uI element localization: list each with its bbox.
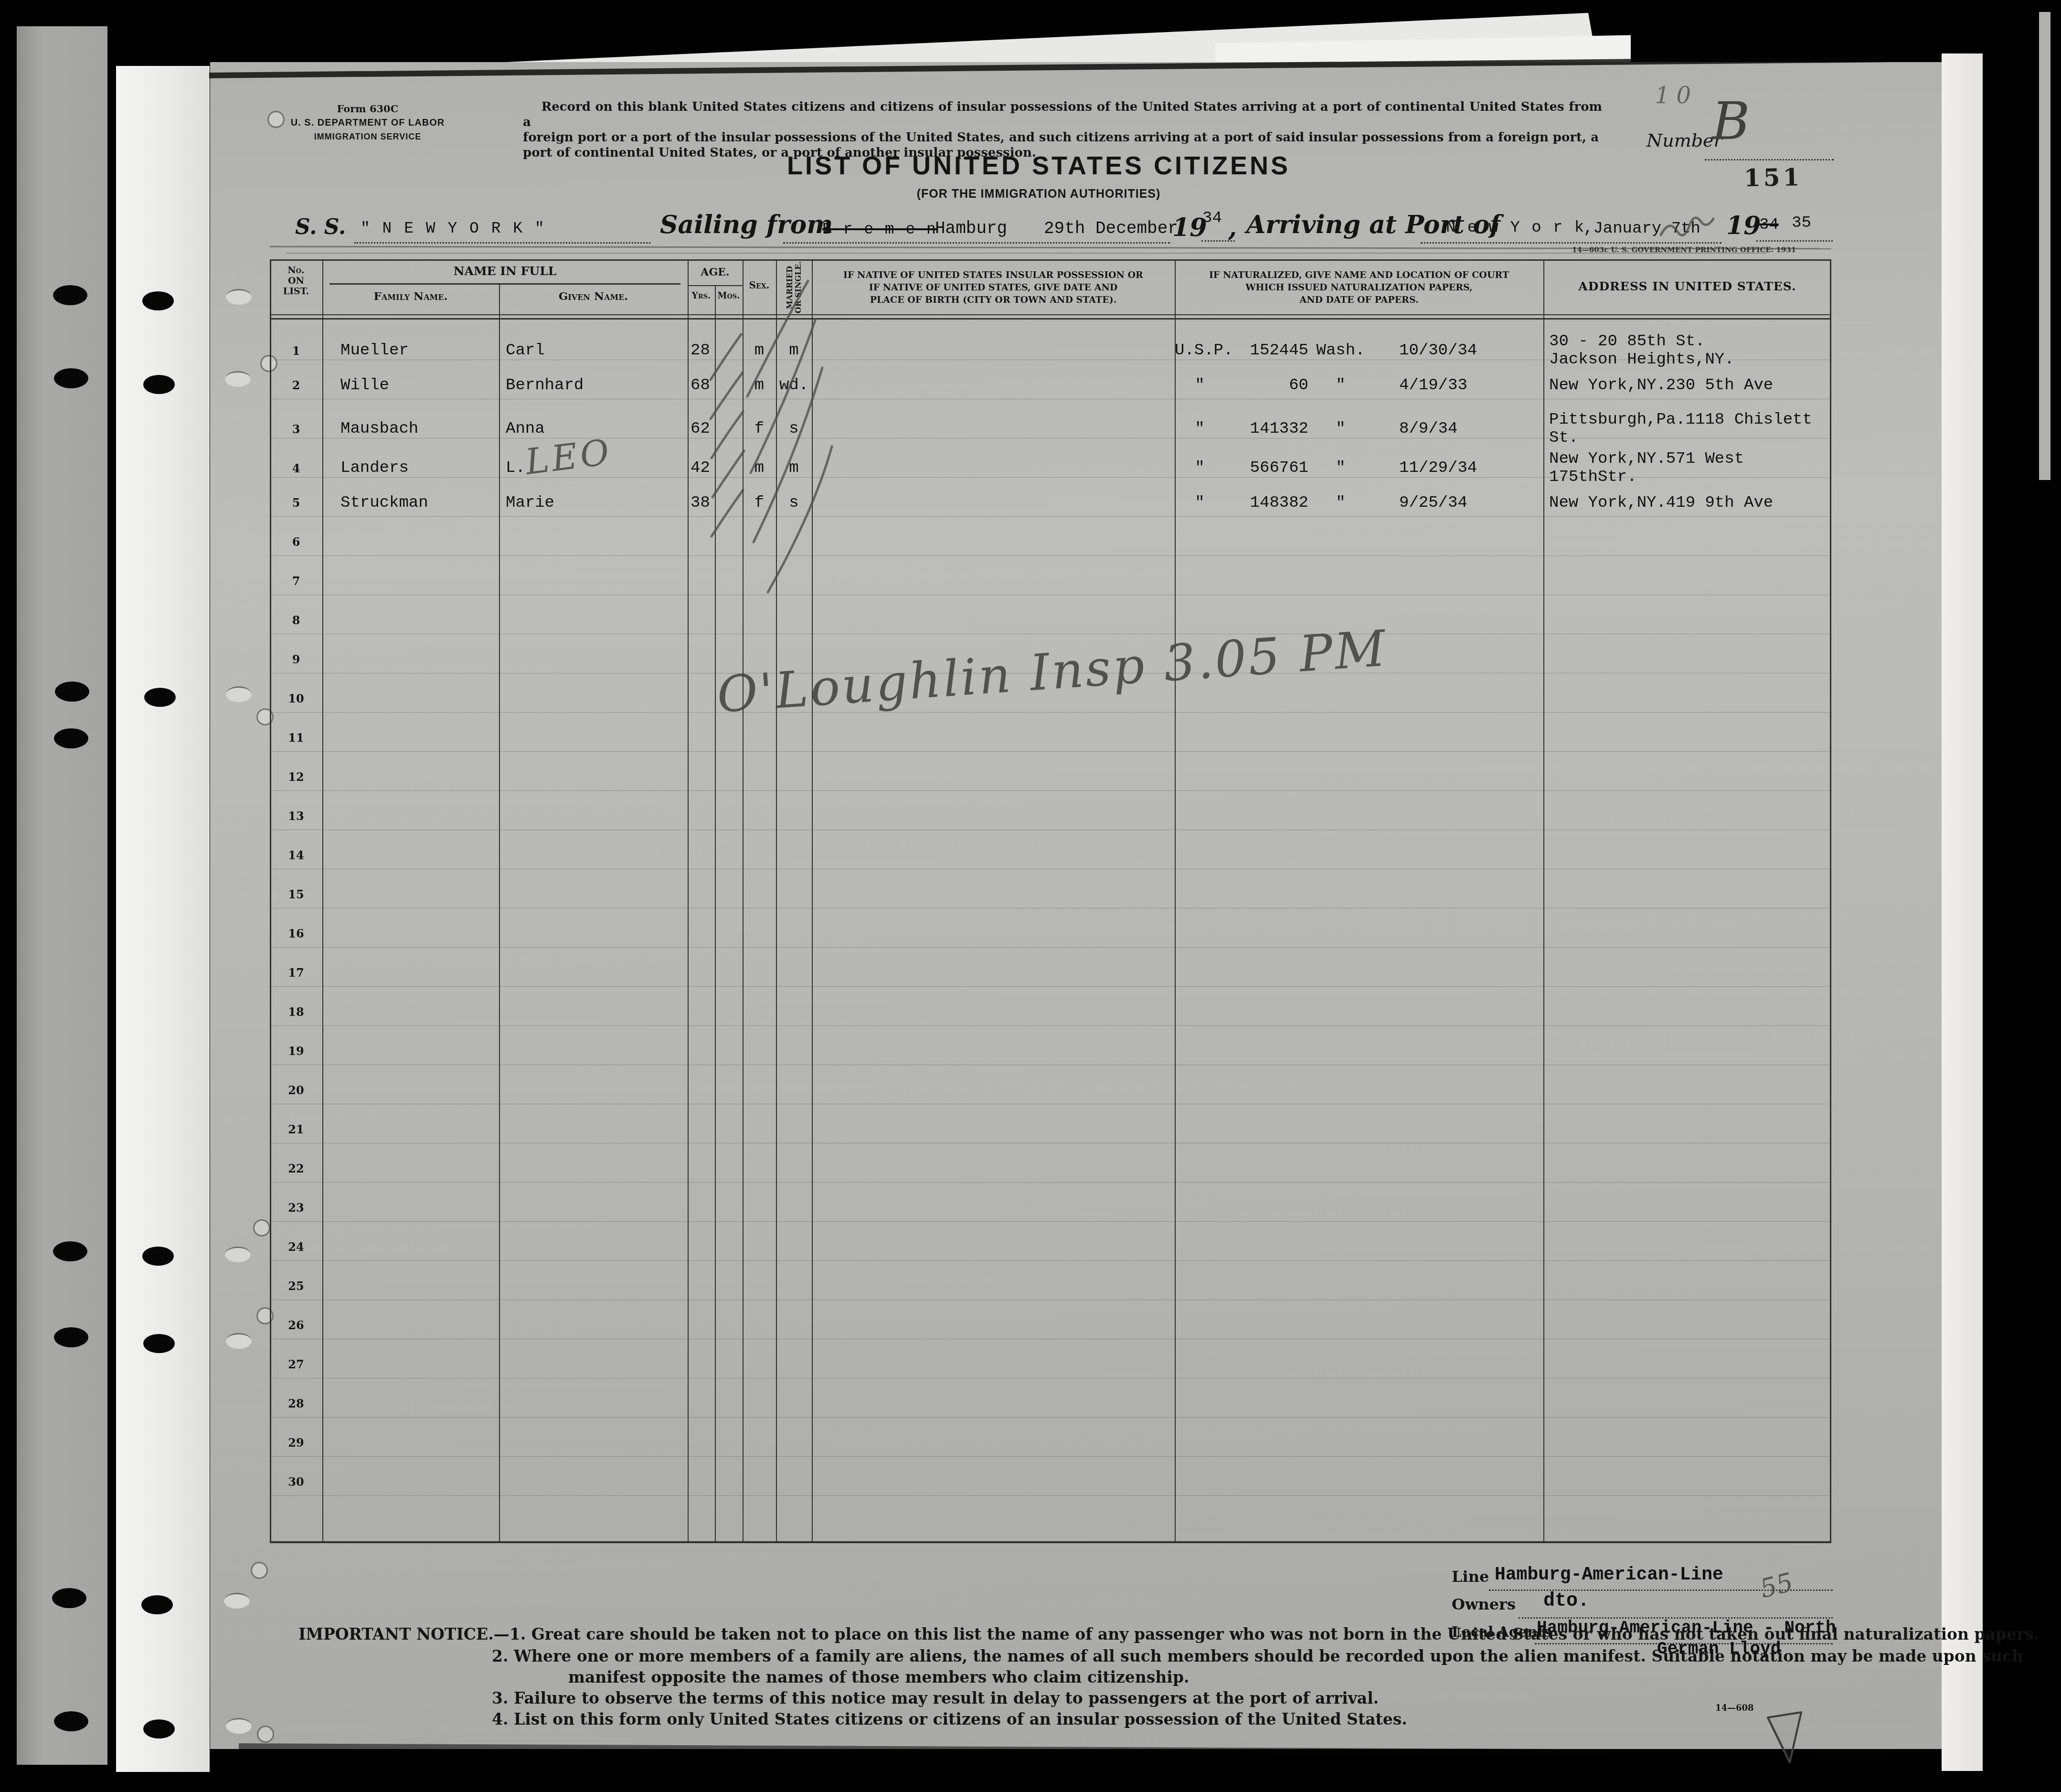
punch-hole [142, 1247, 174, 1266]
owners-value: dto. [1543, 1590, 1589, 1612]
cell-given-name [499, 1077, 688, 1104]
punch-hole [143, 375, 175, 394]
arrival-year-line [1756, 240, 1833, 242]
punch-hole [226, 1718, 252, 1734]
punch-hole [54, 368, 88, 388]
punch-hole [55, 682, 89, 702]
cell-given-name: Bernhard [499, 372, 688, 399]
cell-family-name [322, 607, 499, 634]
cell-age-years [688, 646, 715, 673]
cell-naturalization [1175, 1233, 1543, 1260]
cell-age-months [715, 528, 743, 555]
cell-sex: f [743, 489, 776, 516]
cell-birthplace [812, 411, 1175, 447]
header-name-in-full: NAME IN FULL [322, 264, 688, 278]
right-page-edge [1942, 53, 1983, 1771]
cell-married-single [776, 1351, 812, 1378]
header-married-line2: OR SINGLE. [794, 261, 803, 313]
cell-sex [743, 1233, 776, 1260]
cell-naturalization [1175, 1468, 1543, 1495]
cell-married-single [776, 920, 812, 947]
cell-birthplace [812, 1429, 1175, 1456]
cell-address [1543, 724, 1831, 751]
cell-age-months [715, 842, 743, 869]
number-label: Number [1647, 130, 1722, 151]
cell-sex [743, 920, 776, 947]
cell-age-years [688, 1351, 715, 1378]
cell-birthplace [812, 920, 1175, 947]
cell-address [1543, 763, 1831, 790]
sailing-year: 34 [1202, 209, 1222, 227]
cell-birthplace [812, 1390, 1175, 1417]
cell-family-name [322, 685, 499, 712]
naturalization-np: " [1175, 420, 1225, 438]
cell-family-name [322, 920, 499, 947]
cell-address: New York,NY.230 5th Ave [1543, 372, 1831, 399]
cell-naturalization [1175, 842, 1543, 869]
row-number: 21 [270, 1116, 322, 1143]
cell-birthplace [812, 842, 1175, 869]
punch-hole [53, 1241, 87, 1261]
header-naturalized: IF NATURALIZED, GIVE NAME AND LOCATION O… [1175, 269, 1543, 306]
cell-given-name [499, 802, 688, 830]
cell-given-name [499, 1194, 688, 1221]
sailing-date: 29th December [1044, 219, 1178, 238]
cell-address [1543, 528, 1831, 555]
naturalization-nd: 8/9/34 [1373, 420, 1543, 438]
ss-label: S. S. [295, 215, 346, 239]
cell-family-name [322, 1468, 499, 1495]
naturalization-nd: 10/30/34 [1373, 341, 1543, 360]
cell-age-years [688, 1272, 715, 1300]
table-row: 16 [270, 908, 1831, 948]
cell-family-name [322, 1351, 499, 1378]
sailing-port-line [783, 242, 1170, 244]
cell-address [1543, 959, 1831, 986]
row-number: 17 [270, 959, 322, 986]
naturalization-nd: 11/29/34 [1373, 459, 1543, 477]
cell-age-months [715, 1468, 743, 1495]
ship-name-line [354, 242, 650, 244]
header-native: IF NATIVE OF UNITED STATES INSULAR POSSE… [812, 269, 1175, 306]
punch-hole [224, 1593, 250, 1609]
cell-age-months [715, 998, 743, 1025]
cell-married-single [776, 1390, 812, 1417]
cell-age-years [688, 685, 715, 712]
cell-given-name [499, 998, 688, 1025]
cell-address [1543, 1037, 1831, 1065]
notice-line-5: 4. List on this form only United States … [492, 1710, 1407, 1728]
cell-address [1543, 1233, 1831, 1260]
notice-line-3: manifest opposite the names of those mem… [568, 1668, 1189, 1686]
table-row: 7 [270, 556, 1831, 595]
table-row: 24 [270, 1222, 1831, 1261]
row-number: 2 [270, 372, 322, 399]
cell-birthplace [812, 332, 1175, 369]
cell-age-years [688, 567, 715, 595]
row-number: 18 [270, 998, 322, 1025]
form-service: IMMIGRATION SERVICE [277, 132, 458, 142]
cell-naturalization [1175, 802, 1543, 830]
cell-age-months [715, 1116, 743, 1143]
cell-age-months [715, 1077, 743, 1104]
cell-given-name [499, 724, 688, 751]
cell-sex [743, 1077, 776, 1104]
table-row: 19 [270, 1026, 1831, 1065]
cell-given-name [499, 685, 688, 712]
table-row: 12 [270, 752, 1831, 791]
left-page-edge-back [17, 26, 107, 1765]
table-row: 1MuellerCarl28mmU.S.P.152445Wash.10/30/3… [270, 321, 1831, 360]
punch-hole [142, 291, 174, 310]
cell-address [1543, 607, 1831, 634]
handwritten-series-letter: B [1712, 92, 1750, 151]
cell-age-years [688, 802, 715, 830]
row-number: 3 [270, 411, 322, 447]
table-row: 3MausbachAnna62fs"141332"8/9/34Pittsburg… [270, 399, 1831, 438]
cell-age-months [715, 1429, 743, 1456]
table-row: 21 [270, 1104, 1831, 1143]
cell-married-single [776, 1116, 812, 1143]
number-line [1705, 159, 1834, 160]
cell-sex [743, 1155, 776, 1182]
naturalization-nc: " [1308, 376, 1373, 395]
header-married-or-single: MARRIED OR SINGLE. [776, 260, 812, 314]
punch-hole [225, 1247, 251, 1262]
cell-naturalization [1175, 1351, 1543, 1378]
arrival-date: ,January 7th [1583, 220, 1700, 238]
cell-family-name [322, 646, 499, 673]
cell-address [1543, 567, 1831, 595]
row-number: 20 [270, 1077, 322, 1104]
cell-married-single: s [776, 411, 812, 447]
cell-age-years [688, 763, 715, 790]
cell-age-months [715, 1312, 743, 1339]
row-number: 30 [270, 1468, 322, 1495]
cell-family-name: Wille [322, 372, 499, 399]
cell-age-months [715, 489, 743, 516]
naturalization-nn: 152445 [1225, 341, 1308, 360]
punch-hole [54, 1327, 88, 1347]
arrival-port-line [1421, 242, 1721, 244]
cell-sex [743, 1429, 776, 1456]
cell-naturalization [1175, 724, 1543, 751]
cell-given-name: L.LEO [499, 450, 688, 486]
cell-birthplace [812, 1077, 1175, 1104]
header-name-rule [329, 283, 680, 285]
cell-age-months [715, 450, 743, 486]
cell-sex [743, 881, 776, 908]
cell-age-months [715, 607, 743, 634]
cell-given-name [499, 842, 688, 869]
cell-naturalization [1175, 1077, 1543, 1104]
cell-family-name: Mausbach [322, 411, 499, 447]
cell-birthplace [812, 1351, 1175, 1378]
punch-hole [226, 686, 252, 702]
cell-married-single [776, 567, 812, 595]
cell-naturalization [1175, 763, 1543, 790]
cell-address [1543, 802, 1831, 830]
cell-sex [743, 1468, 776, 1495]
cell-address [1543, 685, 1831, 712]
table-row: 27 [270, 1339, 1831, 1378]
cell-sex [743, 528, 776, 555]
cell-naturalization [1175, 1037, 1543, 1065]
row-number: 11 [270, 724, 322, 751]
header-mos: Mos. [715, 291, 743, 301]
cell-naturalization [1175, 528, 1543, 555]
cell-family-name [322, 802, 499, 830]
cell-age-months [715, 1037, 743, 1065]
row-number: 5 [270, 489, 322, 516]
cell-birthplace [812, 881, 1175, 908]
row-number: 10 [270, 685, 322, 712]
cell-married-single [776, 842, 812, 869]
punch-hole [52, 1588, 86, 1608]
row-number: 14 [270, 842, 322, 869]
cell-married-single [776, 724, 812, 751]
naturalization-nn: 148382 [1225, 494, 1308, 512]
arrival-year: 35 [1792, 214, 1811, 232]
cell-age-months [715, 920, 743, 947]
cell-naturalization [1175, 685, 1543, 712]
header-family-name: Family Name. [322, 290, 499, 303]
row-number: 24 [270, 1233, 322, 1260]
cell-age-months [715, 411, 743, 447]
line-value: Hamburg-American-Line [1495, 1565, 1723, 1585]
cell-birthplace [812, 1037, 1175, 1065]
cell-given-name [499, 763, 688, 790]
cell-naturalization [1175, 1429, 1543, 1456]
cell-family-name [322, 1390, 499, 1417]
cell-birthplace [812, 724, 1175, 751]
handwritten-page-number: 10 [1655, 82, 1698, 109]
table-row: 20 [270, 1065, 1831, 1104]
cell-sex [743, 1312, 776, 1339]
sailing-port-struck: B r e m e n [822, 221, 937, 238]
cell-birthplace [812, 450, 1175, 486]
cell-birthplace [812, 1468, 1175, 1495]
cell-age-years [688, 1312, 715, 1339]
cell-naturalization [1175, 1272, 1543, 1300]
cell-address: Pittsburgh,Pa.1118 Chislett St. [1543, 411, 1831, 447]
cell-married-single: m [776, 332, 812, 369]
cell-family-name [322, 763, 499, 790]
cell-address: 30 - 20 85th St. Jackson Heights,NY. [1543, 332, 1831, 369]
table-row: 28 [270, 1378, 1831, 1418]
cell-birthplace [812, 607, 1175, 634]
cell-naturalization [1175, 881, 1543, 908]
cell-given-name [499, 1429, 688, 1456]
row-number: 28 [270, 1390, 322, 1417]
cell-married-single [776, 1155, 812, 1182]
cell-address [1543, 1077, 1831, 1104]
table-row: 13 [270, 791, 1831, 830]
naturalization-nn: 566761 [1225, 459, 1308, 477]
scan-smear [287, 253, 1767, 254]
cell-married-single: s [776, 489, 812, 516]
cell-family-name [322, 1194, 499, 1221]
cell-age-years [688, 1468, 715, 1495]
punch-hole [53, 285, 87, 305]
cell-married-single: m [776, 450, 812, 486]
header-married-line1: MARRIED [785, 266, 794, 309]
punch-hole [226, 289, 252, 305]
cell-age-months [715, 959, 743, 986]
punch-hole [225, 371, 251, 387]
cell-address: New York,NY.419 9th Ave [1543, 489, 1831, 516]
punch-hole [141, 1595, 173, 1614]
cell-married-single [776, 959, 812, 986]
page-subtitle: (FOR THE IMMIGRATION AUTHORITIES) [597, 187, 1480, 201]
header-given-name: Given Name. [499, 290, 688, 303]
cell-family-name [322, 1155, 499, 1182]
cell-age-months [715, 1272, 743, 1300]
cell-given-name [499, 881, 688, 908]
cell-age-years: 68 [688, 372, 715, 399]
cell-age-years [688, 998, 715, 1025]
cell-sex [743, 1272, 776, 1300]
cell-sex [743, 842, 776, 869]
table-header: No. ON LIST. NAME IN FULL Family Name. G… [270, 260, 1831, 314]
cell-age-months [715, 332, 743, 369]
line-label: Line [1452, 1568, 1489, 1586]
cell-address [1543, 920, 1831, 947]
cell-address [1543, 1468, 1831, 1495]
footer-form-code: 14—608 [1715, 1703, 1754, 1713]
cell-family-name [322, 1233, 499, 1260]
row-number: 1 [270, 332, 322, 369]
cell-age-months [715, 763, 743, 790]
cell-given-name [499, 528, 688, 555]
row-number: 7 [270, 567, 322, 595]
cell-age-months [715, 1233, 743, 1260]
cell-birthplace [812, 1194, 1175, 1221]
cell-sex [743, 959, 776, 986]
cell-married-single [776, 1194, 812, 1221]
cell-married-single [776, 1468, 812, 1495]
table-row: 18 [270, 987, 1831, 1026]
naturalization-np: " [1175, 494, 1225, 512]
cell-given-name [499, 607, 688, 634]
cell-naturalization [1175, 1390, 1543, 1417]
naturalization-nn: 141332 [1225, 420, 1308, 438]
cell-family-name: Landers [322, 450, 499, 486]
form-department: U. S. DEPARTMENT OF LABOR [277, 117, 458, 128]
cell-birthplace [812, 1233, 1175, 1260]
notice-label: IMPORTANT NOTICE.— [298, 1625, 510, 1643]
naturalization-nc: " [1308, 420, 1373, 438]
cell-sex [743, 567, 776, 595]
row-number: 9 [270, 646, 322, 673]
cell-family-name [322, 567, 499, 595]
naturalization-np: U.S.P. [1175, 341, 1225, 360]
owners-label: Owners [1452, 1595, 1516, 1613]
cell-sex [743, 1037, 776, 1065]
cell-family-name [322, 1312, 499, 1339]
cell-birthplace [812, 1272, 1175, 1300]
cell-sex: f [743, 411, 776, 447]
naturalization-nc: Wash. [1308, 341, 1373, 360]
arrival-port: N e w Y o r k [1446, 219, 1585, 237]
punch-guide-circle [251, 1562, 268, 1579]
cell-address [1543, 1155, 1831, 1182]
cell-married-single [776, 881, 812, 908]
cell-sex [743, 1116, 776, 1143]
table-row: 25 [270, 1261, 1831, 1300]
row-number: 16 [270, 920, 322, 947]
cell-given-name [499, 1390, 688, 1417]
cell-married-single [776, 802, 812, 830]
table-row: 11 [270, 713, 1831, 752]
naturalization-nd: 4/19/33 [1373, 376, 1543, 395]
cell-family-name [322, 881, 499, 908]
cell-birthplace [812, 1116, 1175, 1143]
punch-hole [226, 1333, 252, 1349]
cell-married-single: wd. [776, 372, 812, 399]
cell-age-months [715, 372, 743, 399]
cell-address [1543, 881, 1831, 908]
cell-family-name: Struckman [322, 489, 499, 516]
naturalization-nn: 60 [1225, 376, 1308, 395]
cell-married-single [776, 1233, 812, 1260]
row-number: 15 [270, 881, 322, 908]
cell-age-months [715, 724, 743, 751]
cell-given-name [499, 1037, 688, 1065]
row-number: 12 [270, 763, 322, 790]
sailing-port: Hamburg [935, 219, 1007, 238]
ship-name: " N E W Y O R K " [361, 220, 546, 237]
sailing-from-label: Sailing from [660, 210, 833, 239]
cell-family-name: Mueller [322, 332, 499, 369]
cell-sex [743, 802, 776, 830]
notice-item-1: 1. Great care should be taken not to pla… [510, 1625, 2040, 1643]
cell-age-years: 42 [688, 450, 715, 486]
row-number: 4 [270, 450, 322, 486]
cell-family-name [322, 998, 499, 1025]
cell-age-months [715, 1194, 743, 1221]
cell-address [1543, 1429, 1831, 1456]
header-no-on-list: No. ON LIST. [270, 265, 322, 297]
cell-given-name [499, 567, 688, 595]
cell-age-months [715, 567, 743, 595]
cell-given-name [499, 1272, 688, 1300]
header-age: AGE. [688, 266, 743, 278]
cell-age-months [715, 1155, 743, 1182]
cell-family-name [322, 1077, 499, 1104]
film-edge-streak [2039, 12, 2050, 480]
cell-given-name [499, 1351, 688, 1378]
left-page-edge-front [116, 66, 210, 1772]
cell-age-months [715, 1351, 743, 1378]
table-row: 15 [270, 869, 1831, 908]
cell-given-name [499, 646, 688, 673]
cell-age-years [688, 1037, 715, 1065]
punch-hole [144, 688, 176, 707]
cell-age-years [688, 920, 715, 947]
row-number: 29 [270, 1429, 322, 1456]
row-number: 6 [270, 528, 322, 555]
cell-birthplace [812, 1155, 1175, 1182]
microfilm-scan: Form 630C U. S. DEPARTMENT OF LABOR IMMI… [0, 0, 2061, 1792]
cell-married-single [776, 1312, 812, 1339]
naturalization-np: " [1175, 459, 1225, 477]
cell-birthplace [812, 802, 1175, 830]
table-row: 8 [270, 595, 1831, 634]
cell-age-years: 28 [688, 332, 715, 369]
cell-age-years [688, 1390, 715, 1417]
cell-age-months [715, 1390, 743, 1417]
